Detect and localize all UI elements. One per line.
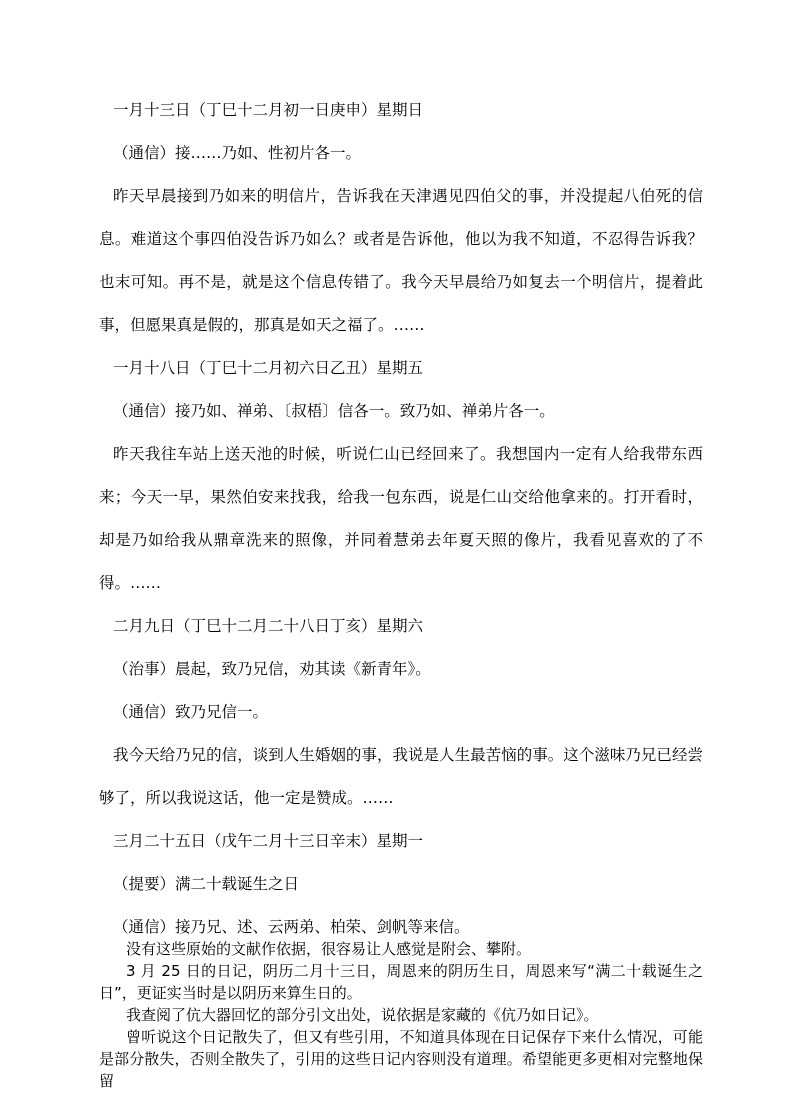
document-page: 一月十三日（丁巳十二月初一日庚申）星期日（通信）接……乃如、性初片各一。昨天早晨… xyxy=(99,0,703,1092)
diary-entry-line-1: （通信）接……乃如、性初片各一。 xyxy=(99,132,703,175)
diary-entry-line-4: （通信）接乃如、禅弟、〔叔梧〕信各一。致乃如、禅弟片各一。 xyxy=(99,390,703,433)
diary-entry-line-11: （提要）满二十载诞生之日 xyxy=(99,863,703,906)
commentary-paragraph-2: 我查阅了伉大器回忆的部分引文出处，说依据是家藏的《伉乃如日记》。 xyxy=(99,1004,703,1026)
diary-paragraph-9: 我今天给乃兄的信，谈到人生婚姻的事，我说是人生最苦恼的事。这个滋味乃兄已经尝够了… xyxy=(99,734,703,820)
commentary-paragraph-3: 曾听说这个日记散失了，但又有些引用，不知道具体现在日记保存下来什么情况，可能是部… xyxy=(99,1026,703,1092)
diary-paragraph-5: 昨天我往车站上送天池的时候，听说仁山已经回来了。我想国内一定有人给我带东西来；今… xyxy=(99,433,703,605)
diary-date-heading-6: 二月九日（丁巳十二月二十八日丁亥）星期六 xyxy=(99,605,703,648)
commentary-paragraph-1: 3 月 25 日的日记，阴历二月十三日，周恩来的阴历生日，周恩来写“满二十载诞生… xyxy=(99,960,703,1004)
diary-date-heading-0: 一月十三日（丁巳十二月初一日庚申）星期日 xyxy=(99,89,703,132)
diary-date-heading-3: 一月十八日（丁巳十二月初六日乙丑）星期五 xyxy=(99,347,703,390)
diary-entry-line-8: （通信）致乃兄信一。 xyxy=(99,691,703,734)
diary-excerpts-section: 一月十三日（丁巳十二月初一日庚申）星期日（通信）接……乃如、性初片各一。昨天早晨… xyxy=(99,0,703,949)
diary-paragraph-2: 昨天早晨接到乃如来的明信片，告诉我在天津遇见四伯父的事，并没提起八伯死的信息。难… xyxy=(99,175,703,347)
commentary-paragraph-0: 没有这些原始的文献作依据，很容易让人感觉是附会、攀附。 xyxy=(99,938,703,960)
diary-entry-line-7: （治事）晨起，致乃兄信，劝其读《新青年》。 xyxy=(99,648,703,691)
diary-date-heading-10: 三月二十五日（戊午二月十三日辛末）星期一 xyxy=(99,820,703,863)
commentary-section: 没有这些原始的文献作依据，很容易让人感觉是附会、攀附。3 月 25 日的日记，阴… xyxy=(99,938,703,1092)
